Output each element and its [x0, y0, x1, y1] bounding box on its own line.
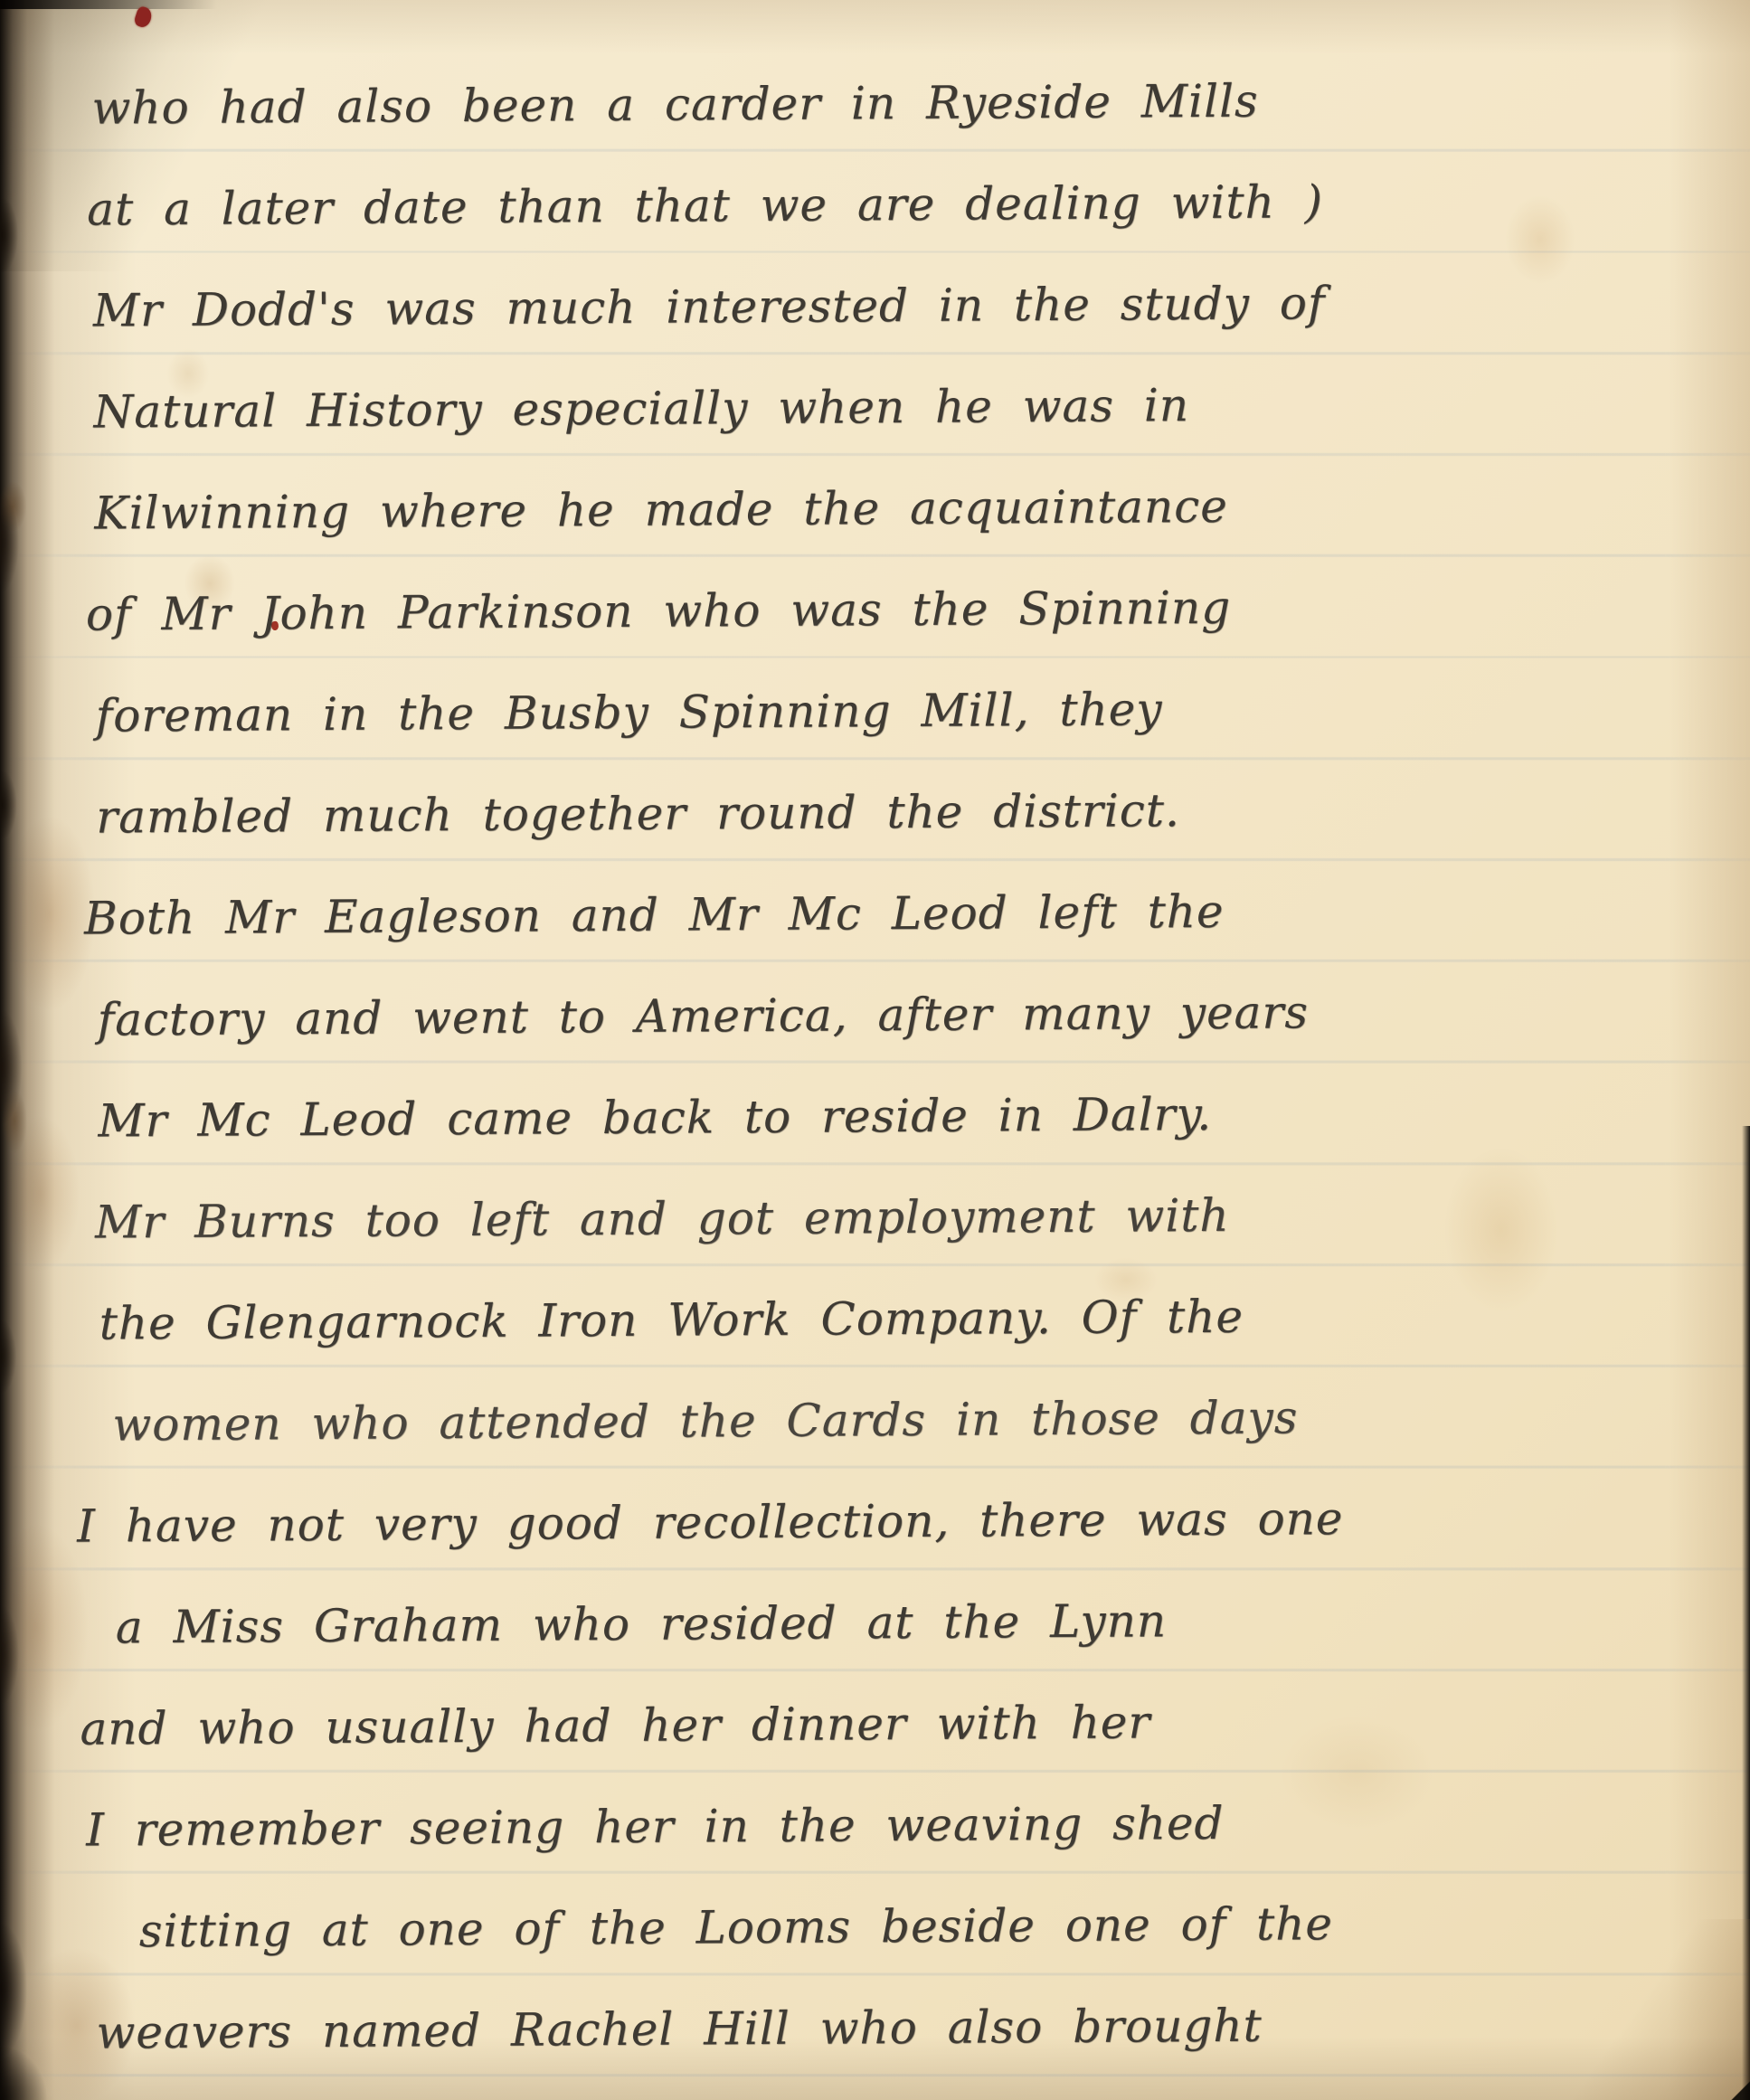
manuscript-line: Mr Mc Leod came back to reside in Dalry. [98, 1061, 1717, 1172]
top-edge-shadow [0, 0, 217, 9]
manuscript-line: Kilwinning where he made the acquaintanc… [94, 453, 1714, 564]
manuscript-text: who had also been a carder in Ryeside Mi… [91, 48, 1723, 2084]
manuscript-line: rambled much together round the district… [96, 757, 1716, 868]
manuscript-line: and who usually had her dinner with her [80, 1669, 1721, 1780]
manuscript-line: factory and went to America, after many … [97, 960, 1717, 1071]
manuscript-line: Mr Dodd's was much interested in the stu… [93, 251, 1713, 362]
manuscript-line: the Glengarnock Iron Work Company. Of th… [99, 1263, 1718, 1375]
manuscript-line: Natural History especially when he was i… [93, 352, 1713, 463]
manuscript-line: a Miss Graham who resided at the Lynn [115, 1567, 1720, 1679]
manuscript-line: of Mr John Parkinson who was the Spinnin… [86, 554, 1715, 666]
manuscript-line: sitting at one of the Looms beside one o… [138, 1871, 1722, 1982]
manuscript-line: at a later date than that we are dealing… [87, 149, 1712, 260]
manuscript-line: Both Mr Eagleson and Mr Mc Leod left the [84, 858, 1717, 970]
bottom-left-shadow [0, 2019, 63, 2100]
manuscript-line: weavers named Rachel Hill who also broug… [96, 1972, 1723, 2084]
scanned-page: who had also been a carder in Ryeside Mi… [0, 0, 1750, 2100]
manuscript-line: who had also been a carder in Ryeside Mi… [91, 48, 1711, 159]
manuscript-line: foreman in the Busby Spinning Mill, they [95, 656, 1715, 767]
manuscript-line: I have not very good recollection, there… [77, 1466, 1720, 1577]
manuscript-line: I remember seeing her in the weaving she… [86, 1770, 1722, 1881]
manuscript-line: women who attended the Cards in those da… [112, 1365, 1719, 1476]
manuscript-line: Mr Burns too left and got employment wit… [95, 1162, 1718, 1273]
